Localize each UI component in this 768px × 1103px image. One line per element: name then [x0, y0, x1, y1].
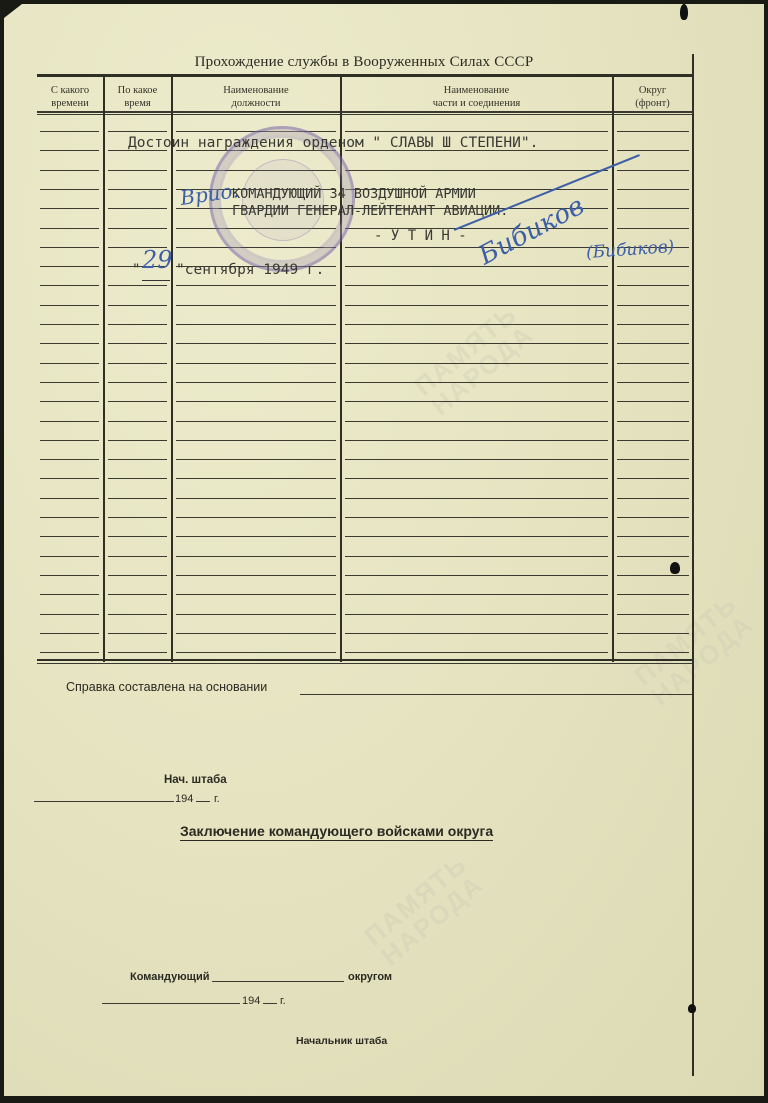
row-rule: [108, 633, 167, 634]
row-rule: [345, 170, 608, 171]
row-rule: [345, 614, 608, 615]
row-rule: [617, 228, 689, 229]
year-prefix-2: 194: [242, 995, 260, 1007]
col-header-to: По какое время: [104, 84, 171, 110]
watermark: ПАМЯТЬНАРОДА: [338, 832, 509, 988]
paper-notch: [680, 4, 688, 20]
row-rule: [40, 343, 99, 344]
row-rule: [345, 652, 608, 653]
handwritten-day: 29: [142, 246, 173, 274]
row-rule: [617, 536, 689, 537]
row-rule: [176, 536, 336, 537]
col-header-position: Наименование должности: [172, 84, 340, 110]
row-rule: [617, 150, 689, 151]
row-rule: [345, 498, 608, 499]
row-rule: [40, 266, 99, 267]
commander-label: Командующий: [130, 971, 209, 983]
col-header-position-line1: Наименование: [172, 84, 340, 97]
row-rule: [345, 633, 608, 634]
col-header-from-line1: С какого: [37, 84, 103, 97]
year-field-line-1[interactable]: [196, 801, 210, 802]
row-rule: [108, 401, 167, 402]
row-rule: [345, 536, 608, 537]
row-rule: [345, 363, 608, 364]
row-rule: [108, 363, 167, 364]
row-rule: [108, 459, 167, 460]
row-rule: [617, 189, 689, 190]
row-rule: [176, 343, 336, 344]
commander-title-line2: ГВАРДИИ ГЕНЕРАЛ-ЛЕЙТЕНАНТ АВИАЦИИ:: [232, 203, 508, 219]
row-rule: [345, 478, 608, 479]
commander-title-line1: КОМАНДУЮЩИЙ 34 ВОЗДУШНОЙ АРМИИ: [232, 186, 476, 202]
page-title: Прохождение службы в Вооруженных Силах С…: [154, 54, 574, 71]
district-suffix: округом: [348, 971, 392, 983]
row-rule: [617, 324, 689, 325]
row-rule: [40, 652, 99, 653]
col-header-unit-line2: части и соединения: [341, 97, 612, 110]
row-rule: [40, 421, 99, 422]
chief-of-staff-short-label: Нач. штаба: [164, 774, 227, 786]
row-rule: [617, 421, 689, 422]
row-rule: [176, 324, 336, 325]
year-suffix-2: г.: [280, 995, 286, 1007]
row-rule: [617, 401, 689, 402]
row-rule: [108, 536, 167, 537]
row-rule: [40, 440, 99, 441]
table-bottom-border: [37, 663, 693, 664]
row-rule: [617, 652, 689, 653]
col-divider-2: [171, 77, 173, 662]
row-rule: [108, 440, 167, 441]
row-rule: [345, 575, 608, 576]
row-rule: [176, 575, 336, 576]
row-rule: [176, 401, 336, 402]
col-header-position-line2: должности: [172, 97, 340, 110]
row-rule: [40, 208, 99, 209]
row-rule: [40, 285, 99, 286]
row-rule: [40, 189, 99, 190]
row-rule: [345, 305, 608, 306]
row-rule: [617, 478, 689, 479]
row-rule: [176, 440, 336, 441]
row-rule: [108, 285, 167, 286]
row-rule: [108, 478, 167, 479]
row-rule: [40, 594, 99, 595]
row-rule: [108, 498, 167, 499]
row-rule: [617, 266, 689, 267]
commander-field-line[interactable]: [212, 981, 344, 982]
row-rule: [345, 594, 608, 595]
row-rule: [176, 363, 336, 364]
row-rule: [617, 382, 689, 383]
row-rule: [617, 633, 689, 634]
row-rule: [617, 208, 689, 209]
col-header-district-line1: Округ: [613, 84, 692, 97]
row-rule: [40, 556, 99, 557]
row-rule: [617, 459, 689, 460]
row-rule: [176, 421, 336, 422]
row-rule: [108, 208, 167, 209]
col-header-to-line2: время: [104, 97, 171, 110]
row-rule: [176, 285, 336, 286]
row-rule: [176, 633, 336, 634]
row-rule: [176, 652, 336, 653]
row-rule: [108, 324, 167, 325]
row-rule: [40, 305, 99, 306]
col-header-district-line2: (фронт): [613, 97, 692, 110]
row-rule: [176, 459, 336, 460]
row-rule: [617, 498, 689, 499]
row-rule: [40, 575, 99, 576]
conclusion-heading: Заключение командующего войсками округа: [180, 823, 493, 841]
date-field-line-2[interactable]: [102, 1003, 240, 1004]
basis-field-line[interactable]: [300, 694, 693, 695]
row-rule: [176, 556, 336, 557]
row-rule: [40, 517, 99, 518]
col-header-to-line1: По какое: [104, 84, 171, 97]
row-rule: [108, 131, 167, 132]
date-month-year: "сентября 1949 г.: [176, 262, 324, 278]
row-rule: [40, 401, 99, 402]
row-rule: [40, 498, 99, 499]
row-rule: [108, 556, 167, 557]
row-rule: [617, 517, 689, 518]
row-rule: [617, 131, 689, 132]
row-rule: [617, 343, 689, 344]
row-rule: [40, 324, 99, 325]
row-rule: [40, 228, 99, 229]
row-rule: [108, 305, 167, 306]
row-rule: [345, 285, 608, 286]
row-rule: [617, 363, 689, 364]
paper-hole: [670, 562, 680, 574]
date-open-quote: ": [132, 262, 140, 278]
year-suffix-1: г.: [214, 793, 220, 805]
year-prefix-1: 194: [175, 793, 193, 805]
table-top-border: [37, 74, 693, 77]
row-rule: [108, 652, 167, 653]
row-rule: [345, 517, 608, 518]
row-rule: [108, 170, 167, 171]
row-rule: [345, 343, 608, 344]
row-rule: [617, 575, 689, 576]
row-rule: [108, 594, 167, 595]
document-page: ПАМЯТЬНАРОДА ПАМЯТЬНАРОДА ПАМЯТЬНАРОДА П…: [4, 4, 764, 1096]
row-rule: [40, 131, 99, 132]
row-rule: [108, 575, 167, 576]
row-rule: [617, 285, 689, 286]
row-rule: [345, 382, 608, 383]
row-rule: [345, 421, 608, 422]
col-header-from: С какого времени: [37, 84, 103, 110]
table-right-border: [692, 54, 694, 1076]
basis-label: Справка составлена на основании: [66, 680, 267, 694]
row-rule: [176, 517, 336, 518]
row-rule: [108, 421, 167, 422]
row-rule: [40, 382, 99, 383]
row-rule: [40, 459, 99, 460]
row-rule: [617, 614, 689, 615]
row-rule: [40, 150, 99, 151]
col-header-unit: Наименование части и соединения: [341, 84, 612, 110]
row-rule: [345, 401, 608, 402]
row-rule: [40, 363, 99, 364]
header-divider: [37, 111, 693, 113]
row-rule: [40, 478, 99, 479]
row-rule: [176, 614, 336, 615]
row-rule: [345, 266, 608, 267]
row-rule: [108, 228, 167, 229]
watermark: ПАМЯТЬНАРОДА: [608, 572, 768, 728]
row-rule: [617, 440, 689, 441]
table-bottom-border: [37, 659, 693, 661]
row-rule: [617, 556, 689, 557]
award-recommendation: Достоин награждения орденом " СЛАВЫ Ш СТ…: [128, 135, 538, 151]
row-rule: [40, 247, 99, 248]
chief-of-staff-full-label: Начальник штаба: [296, 1035, 387, 1047]
date-field-line-1[interactable]: [34, 801, 174, 802]
paper-hole: [688, 1004, 696, 1013]
row-rule: [108, 614, 167, 615]
year-field-line-2[interactable]: [263, 1003, 277, 1004]
row-rule: [40, 536, 99, 537]
row-rule: [40, 633, 99, 634]
row-rule: [108, 517, 167, 518]
row-rule: [40, 614, 99, 615]
day-underline: [142, 280, 170, 281]
commander-name: - У Т И Н -: [374, 228, 467, 244]
row-rule: [617, 594, 689, 595]
row-rule: [617, 305, 689, 306]
header-divider: [37, 114, 693, 115]
col-divider-1: [103, 77, 105, 662]
row-rule: [176, 498, 336, 499]
row-rule: [176, 382, 336, 383]
col-header-unit-line1: Наименование: [341, 84, 612, 97]
row-rule: [617, 170, 689, 171]
col-header-from-line2: времени: [37, 97, 103, 110]
row-rule: [176, 594, 336, 595]
row-rule: [176, 478, 336, 479]
row-rule: [345, 131, 608, 132]
row-rule: [176, 305, 336, 306]
row-rule: [108, 189, 167, 190]
row-rule: [108, 382, 167, 383]
handwritten-name: (Бибиков): [585, 237, 674, 263]
row-rule: [345, 324, 608, 325]
col-header-district: Округ (фронт): [613, 84, 692, 110]
row-rule: [345, 459, 608, 460]
row-rule: [40, 170, 99, 171]
row-rule: [345, 440, 608, 441]
row-rule: [345, 556, 608, 557]
row-rule: [108, 343, 167, 344]
